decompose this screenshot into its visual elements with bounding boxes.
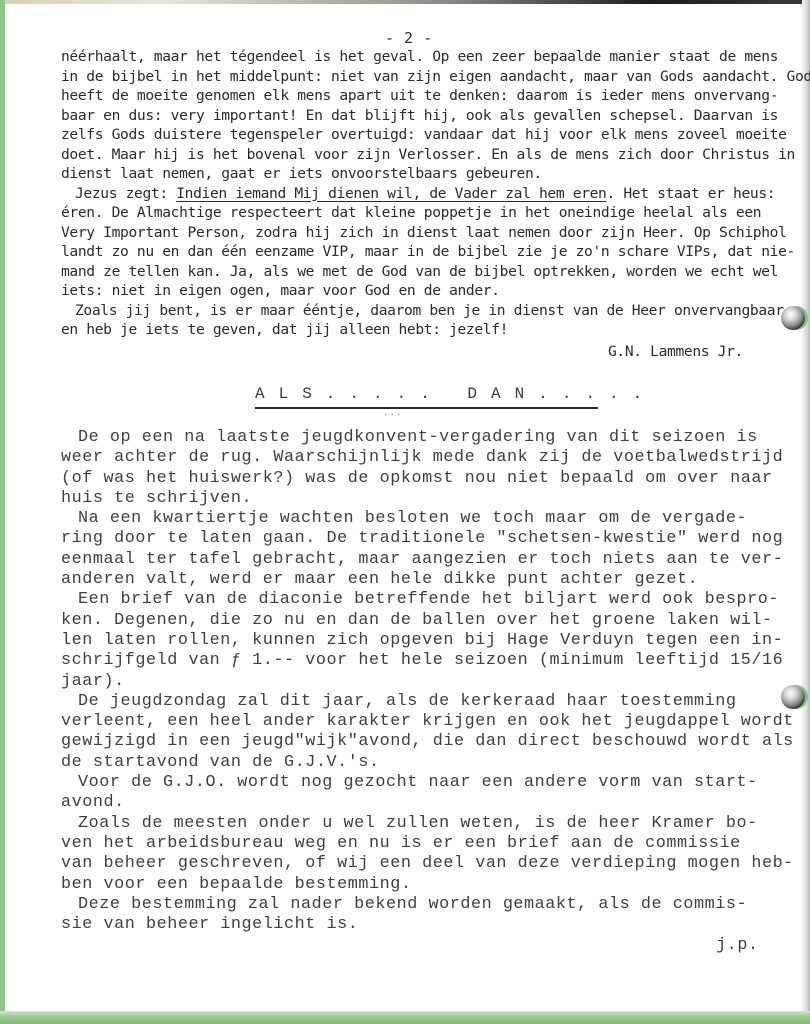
text-line: (of was het huiswerk?) was de opkomst no…: [61, 469, 806, 489]
text-line: iets: niet in eigen ogen, maar voor God …: [61, 281, 806, 301]
text-line: schrijfgeld van ƒ 1.-- voor het hele sei…: [61, 651, 806, 671]
text-line: in de bijbel in het middelpunt: niet van…: [61, 67, 806, 87]
text-line: baar en dus: very important! En dat blij…: [61, 106, 806, 126]
text-line: mand ze tellen kan. Ja, als we met de Go…: [61, 262, 806, 282]
text-line: ken. Degenen, die zo nu en dan de ballen…: [61, 611, 806, 631]
text-line: avond.: [61, 793, 806, 813]
text-line: De op een na laatste jeugdkonvent-vergad…: [61, 428, 806, 448]
text-line: gewijzigd in een jeugd"wijk"avond, die d…: [61, 732, 806, 752]
author-signature: G.N. Lammens Jr.: [608, 343, 743, 360]
text-line: sie van beheer ingelicht is.: [61, 915, 806, 935]
punch-hole-icon: [781, 306, 805, 330]
underlined-quote: Indien iemand Mij dienen wil, de Vader z…: [176, 185, 606, 202]
quote-suffix: . Het staat er heus:: [606, 185, 775, 202]
text-line: Een brief van de diaconie betreffende he…: [61, 590, 806, 610]
text-line: van beheer geschreven, of wij een deel v…: [61, 854, 806, 874]
text-line: dienst laat nemen, gaat er iets onvoorst…: [61, 164, 806, 184]
title-ornament: ...: [383, 408, 402, 418]
text-line: doet. Maar hij is het bovenal voor zijn …: [61, 145, 806, 165]
text-line: de startavond van de G.J.V.'s.: [61, 753, 806, 773]
text-line: jaar).: [61, 672, 806, 692]
quote-prefix: Jezus zegt:: [75, 185, 176, 202]
text-line: eenmaal ter tafel gebracht, maar aangezi…: [61, 550, 806, 570]
punch-hole-icon: [781, 685, 805, 709]
text-line: zelfs Gods duistere tegenspeler overtuig…: [61, 125, 806, 145]
text-line: ven het arbeidsbureau weg en nu is er ee…: [61, 834, 806, 854]
text-line: verleent, een heel ander karakter krijge…: [61, 712, 806, 732]
page-number: - 2 -: [385, 29, 433, 47]
text-line: Zoals jij bent, is er maar ééntje, daaro…: [61, 301, 806, 321]
text-line: huis te schrijven.: [61, 489, 806, 509]
text-line: ring door te laten gaan. De traditionele…: [61, 529, 806, 549]
quote-line: Jezus zegt: Indien iemand Mij dienen wil…: [61, 184, 806, 204]
text-line: ben voor een bepaalde bestemming.: [61, 875, 806, 895]
section-title: A L S . . . . . D A N . . . . .: [255, 385, 598, 409]
text-line: Very Important Person, zodra hij zich in…: [61, 223, 806, 243]
article-als-dan: De op een na laatste jeugdkonvent-vergad…: [61, 428, 806, 935]
text-line: éren. De Almachtige respecteert dat klei…: [61, 203, 806, 223]
text-line: weer achter de rug. Waarschijnlijk mede …: [61, 448, 806, 468]
text-line: en heb je iets te geven, dat jij alleen …: [61, 320, 806, 340]
text-line: len laten rollen, kunnen zich opgeven bi…: [61, 631, 806, 651]
text-line: néérhaalt, maar het tégendeel is het gev…: [61, 47, 806, 67]
author-initials: j.p.: [716, 936, 759, 955]
text-line: anderen valt, werd er maar een hele dikk…: [61, 570, 806, 590]
text-line: De jeugdzondag zal dit jaar, als de kerk…: [61, 692, 806, 712]
article-vip: néérhaalt, maar het tégendeel is het gev…: [61, 47, 806, 340]
text-line: landt zo nu en dan één eenzame VIP, maar…: [61, 242, 806, 262]
text-line: Zoals de meesten onder u wel zullen wete…: [61, 814, 806, 834]
text-line: heeft de moeite genomen elk mens apart u…: [61, 86, 806, 106]
text-line: Na een kwartiertje wachten besloten we t…: [61, 509, 806, 529]
text-line: Deze bestemming zal nader bekend worden …: [61, 895, 806, 915]
text-line: Voor de G.J.O. wordt nog gezocht naar ee…: [61, 773, 806, 793]
document-page: - 2 - néérhaalt, maar het tégendeel is h…: [0, 0, 810, 1024]
